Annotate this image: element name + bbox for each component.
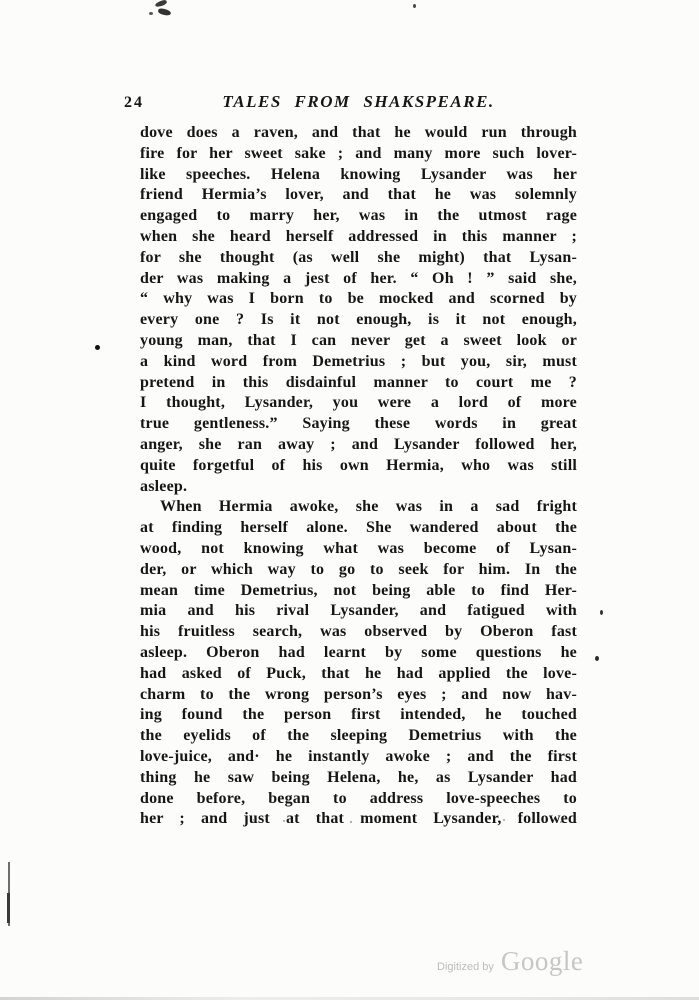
text-line: der, or which way to go to seek for him.… xyxy=(140,560,577,581)
paragraph-when-hermia-awoke: When Hermia awoke, she was in a sad frig… xyxy=(140,497,577,830)
ink-speck xyxy=(350,821,352,823)
ink-speck xyxy=(95,345,100,350)
text-line: fire for her sweet sake ; and many more … xyxy=(140,144,577,165)
text-line: asleep. Oberon had learnt by some questi… xyxy=(140,643,577,664)
page-header: 24 TALES FROM SHAKSPEARE. xyxy=(140,92,577,116)
digitized-by-label: Digitized by xyxy=(437,961,494,973)
ink-speck xyxy=(595,656,599,661)
ink-blot xyxy=(155,0,168,8)
text-line: dove does a raven, and that he would run… xyxy=(140,123,577,144)
text-line: had asked of Puck, that he had applied t… xyxy=(140,664,577,685)
text-line: engaged to marry her, was in the utmost … xyxy=(140,206,577,227)
text-line: “ why was I born to be mocked and scorne… xyxy=(140,289,577,310)
running-title: TALES FROM SHAKSPEARE. xyxy=(140,92,577,112)
text-line: like speeches. Helena knowing Lysander w… xyxy=(140,165,577,186)
body-text-block: dove does a raven, and that he would run… xyxy=(140,123,577,830)
text-line: When Hermia awoke, she was in a sad frig… xyxy=(140,497,577,518)
ink-speck xyxy=(413,4,416,8)
text-line: anger, she ran away ; and Lysander follo… xyxy=(140,435,577,456)
text-line: I thought, Lysander, you were a lord of … xyxy=(140,393,577,414)
paragraph-continued: dove does a raven, and that he would run… xyxy=(140,123,577,497)
text-line: pretend in this disdainful manner to cou… xyxy=(140,373,577,394)
text-line: der was making a jest of her. “ Oh ! ” s… xyxy=(140,269,577,290)
google-logo: Google xyxy=(501,946,583,977)
text-line: mia and his rival Lysander, and fatigued… xyxy=(140,601,577,622)
text-line: young man, that I can never get a sweet … xyxy=(140,331,577,352)
ink-speck xyxy=(149,12,153,15)
text-line: every one ? Is it not enough, is it not … xyxy=(140,310,577,331)
text-line: love-juice, and· he instantly awoke ; an… xyxy=(140,747,577,768)
text-line: for she thought (as well she might) that… xyxy=(140,248,577,269)
text-line: her ; and just at that moment Lysander, … xyxy=(140,809,577,830)
text-line: ing found the person first intended, he … xyxy=(140,705,577,726)
text-line: done before, began to address love-speec… xyxy=(140,789,577,810)
text-line: his fruitless search, was observed by Ob… xyxy=(140,622,577,643)
text-line: when she heard herself addressed in this… xyxy=(140,227,577,248)
ink-speck xyxy=(283,820,285,822)
text-line: quite forgetful of his own Hermia, who w… xyxy=(140,456,577,477)
ink-blot xyxy=(158,8,172,17)
ink-speck xyxy=(503,819,505,821)
text-line: thing he saw being Helena, he, as Lysand… xyxy=(140,768,577,789)
text-line: friend Hermia’s lover, and that he was s… xyxy=(140,185,577,206)
google-books-watermark: Digitized by Google xyxy=(437,946,583,977)
text-line: mean time Demetrius, not being able to f… xyxy=(140,581,577,602)
ink-speck xyxy=(253,819,255,821)
scanned-book-page: 24 TALES FROM SHAKSPEARE. dove does a ra… xyxy=(0,0,699,1000)
text-line: true gentleness.” Saying these words in … xyxy=(140,414,577,435)
ink-speck xyxy=(560,821,562,823)
text-line: the eyelids of the sleeping Demetrius wi… xyxy=(140,726,577,747)
page-edge-line xyxy=(7,893,10,923)
ink-speck xyxy=(600,610,603,615)
text-line: at finding herself alone. She wandered a… xyxy=(140,518,577,539)
text-line: a kind word from Demetrius ; but you, si… xyxy=(140,352,577,373)
text-line: asleep. xyxy=(140,477,577,498)
text-line: charm to the wrong person’s eyes ; and n… xyxy=(140,685,577,706)
page-number: 24 xyxy=(124,94,144,112)
text-line: wood, not knowing what was become of Lys… xyxy=(140,539,577,560)
